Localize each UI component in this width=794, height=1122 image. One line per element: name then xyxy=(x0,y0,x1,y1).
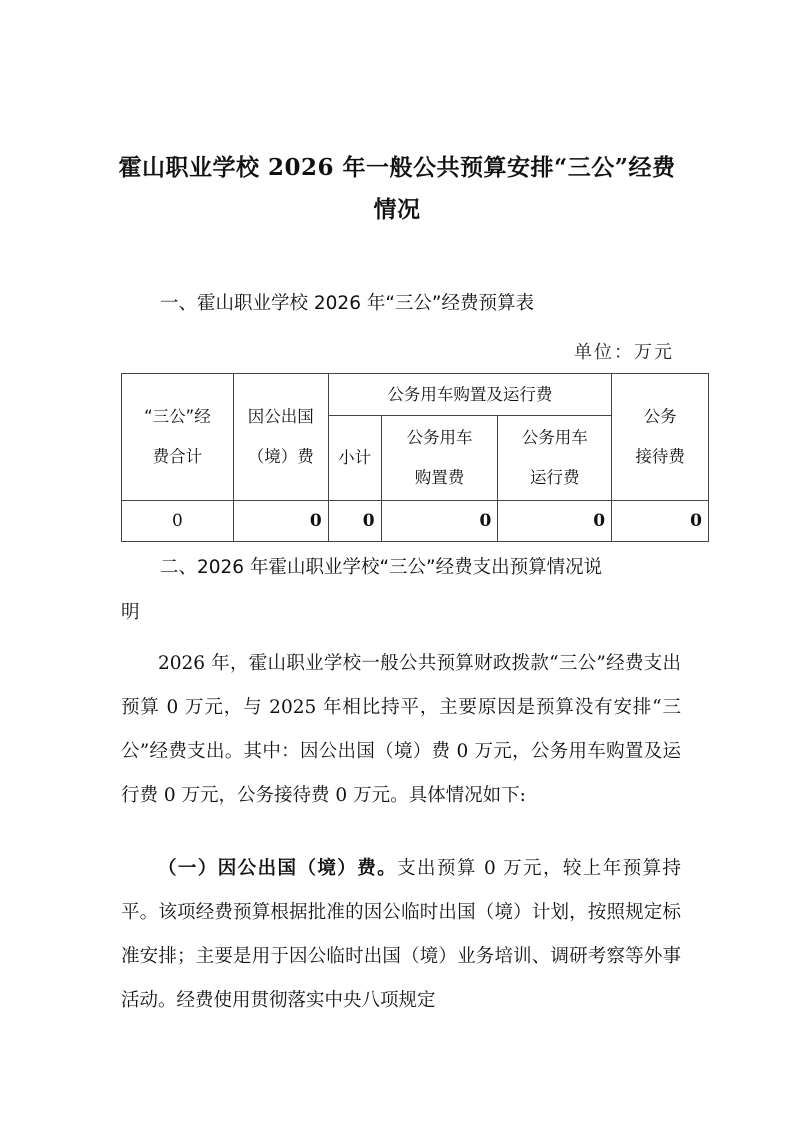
document-title: 霍山职业学校 2026 年一般公共预算安排“三公”经费 情况 xyxy=(100,147,694,231)
paragraph-summary: 2026 年，霍山职业学校一般公共预算财政拨款“三公”经费支出预算 0 万元，与… xyxy=(121,642,681,818)
table-row: 0 0 0 0 0 0 xyxy=(122,501,709,542)
title-line-2: 情况 xyxy=(100,189,694,231)
cell-vehicle-purchase: 0 xyxy=(381,501,498,542)
paragraph-overseas: （一）因公出国（境）费。支出预算 0 万元，较上年预算持平。该项经费预算根据批准… xyxy=(121,847,681,1023)
cell-vehicle-subtotal: 0 xyxy=(328,501,381,542)
three-public-budget-table: “三公”经 费合计 因公出国 （境）费 公务用车购置及运行费 公务 接待费 小计… xyxy=(121,373,709,542)
header-reception: 公务 接待费 xyxy=(612,374,709,501)
header-vehicle-group: 公务用车购置及运行费 xyxy=(328,374,611,416)
title-line-1: 霍山职业学校 2026 年一般公共预算安排“三公”经费 xyxy=(100,147,694,189)
header-total: “三公”经 费合计 xyxy=(122,374,234,501)
cell-vehicle-operation: 0 xyxy=(498,501,612,542)
section-1-heading: 一、霍山职业学校 2026 年“三公”经费预算表 xyxy=(160,289,534,315)
paragraph-overseas-body: 支出预算 0 万元，较上年预算持平。该项经费预算根据批准的因公临时出国（境）计划… xyxy=(121,858,681,1011)
document-page: 霍山职业学校 2026 年一般公共预算安排“三公”经费 情况 一、霍山职业学校 … xyxy=(0,0,794,1122)
header-vehicle-subtotal: 小计 xyxy=(328,416,381,501)
section-2-heading-line-1: 二、2026 年霍山职业学校“三公”经费支出预算情况说 xyxy=(160,553,602,579)
header-vehicle-purchase: 公务用车 购置费 xyxy=(381,416,498,501)
header-overseas: 因公出国 （境）费 xyxy=(233,374,328,501)
cell-overseas: 0 xyxy=(233,501,328,542)
section-2-heading-line-2: 明 xyxy=(121,598,140,624)
header-vehicle-operation: 公务用车 运行费 xyxy=(498,416,612,501)
paragraph-overseas-heading: （一）因公出国（境）费。 xyxy=(158,858,397,879)
unit-label: 单位：万元 xyxy=(574,338,674,364)
cell-reception: 0 xyxy=(612,501,709,542)
cell-total: 0 xyxy=(122,501,234,542)
